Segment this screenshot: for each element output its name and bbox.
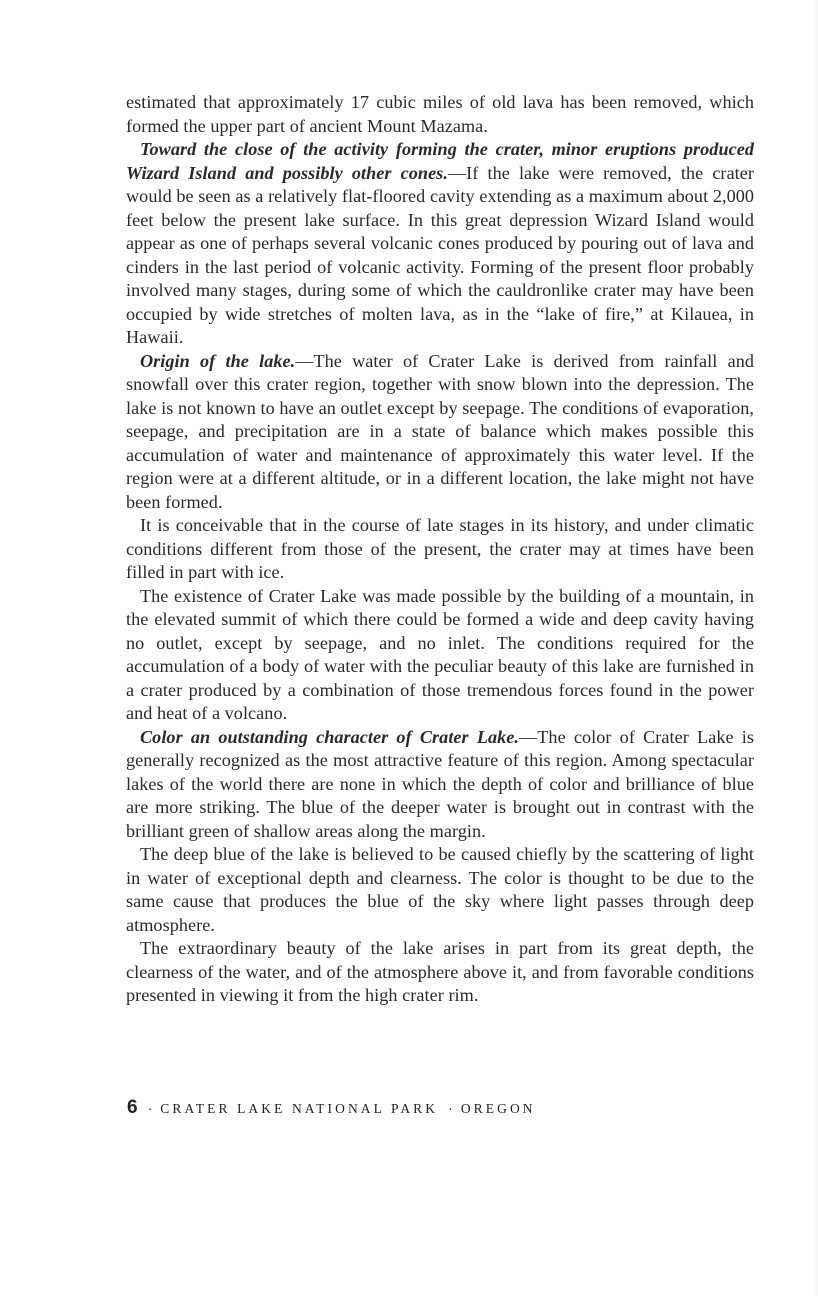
paragraph-origin-of-lake: Origin of the lake.—The water of Crater … bbox=[126, 350, 754, 515]
paragraph-beauty: The extraordinary beauty of the lake ari… bbox=[126, 937, 754, 1008]
paragraph-continued: estimated that approximately 17 cubic mi… bbox=[126, 91, 754, 138]
paragraph-lead-heading: Color an outstanding character of Crater… bbox=[140, 727, 519, 747]
page-edge-shadow bbox=[814, 0, 818, 1296]
paragraph-text: The extraordinary beauty of the lake ari… bbox=[126, 938, 754, 1005]
paragraph-text: It is conceivable that in the course of … bbox=[126, 515, 754, 582]
paragraph-text: The existence of Crater Lake was made po… bbox=[126, 586, 754, 724]
paragraph-wizard-island: Toward the close of the activity forming… bbox=[126, 138, 754, 350]
body-text: estimated that approximately 17 cubic mi… bbox=[126, 91, 754, 1008]
running-title: CRATER LAKE NATIONAL PARK bbox=[160, 1101, 438, 1117]
paragraph-text: —If the lake were removed, the crater wo… bbox=[126, 163, 754, 348]
page-footer: 6 · CRATER LAKE NATIONAL PARK · OREGON bbox=[127, 1097, 536, 1119]
paragraph-lead-heading: Origin of the lake. bbox=[140, 351, 295, 371]
paragraph-color: Color an outstanding character of Crater… bbox=[126, 726, 754, 844]
paragraph-text: The deep blue of the lake is believed to… bbox=[126, 844, 754, 935]
paragraph-ice: It is conceivable that in the course of … bbox=[126, 514, 754, 585]
paragraph-text: —The water of Crater Lake is derived fro… bbox=[126, 351, 754, 512]
running-state: OREGON bbox=[461, 1101, 536, 1117]
page-number: 6 bbox=[127, 1097, 138, 1119]
paragraph-deep-blue: The deep blue of the lake is believed to… bbox=[126, 843, 754, 937]
paragraph-text: estimated that approximately 17 cubic mi… bbox=[126, 92, 754, 136]
footer-separator: · bbox=[148, 1100, 153, 1116]
document-page: estimated that approximately 17 cubic mi… bbox=[0, 0, 818, 1296]
footer-separator: · bbox=[448, 1100, 453, 1116]
paragraph-existence: The existence of Crater Lake was made po… bbox=[126, 585, 754, 726]
